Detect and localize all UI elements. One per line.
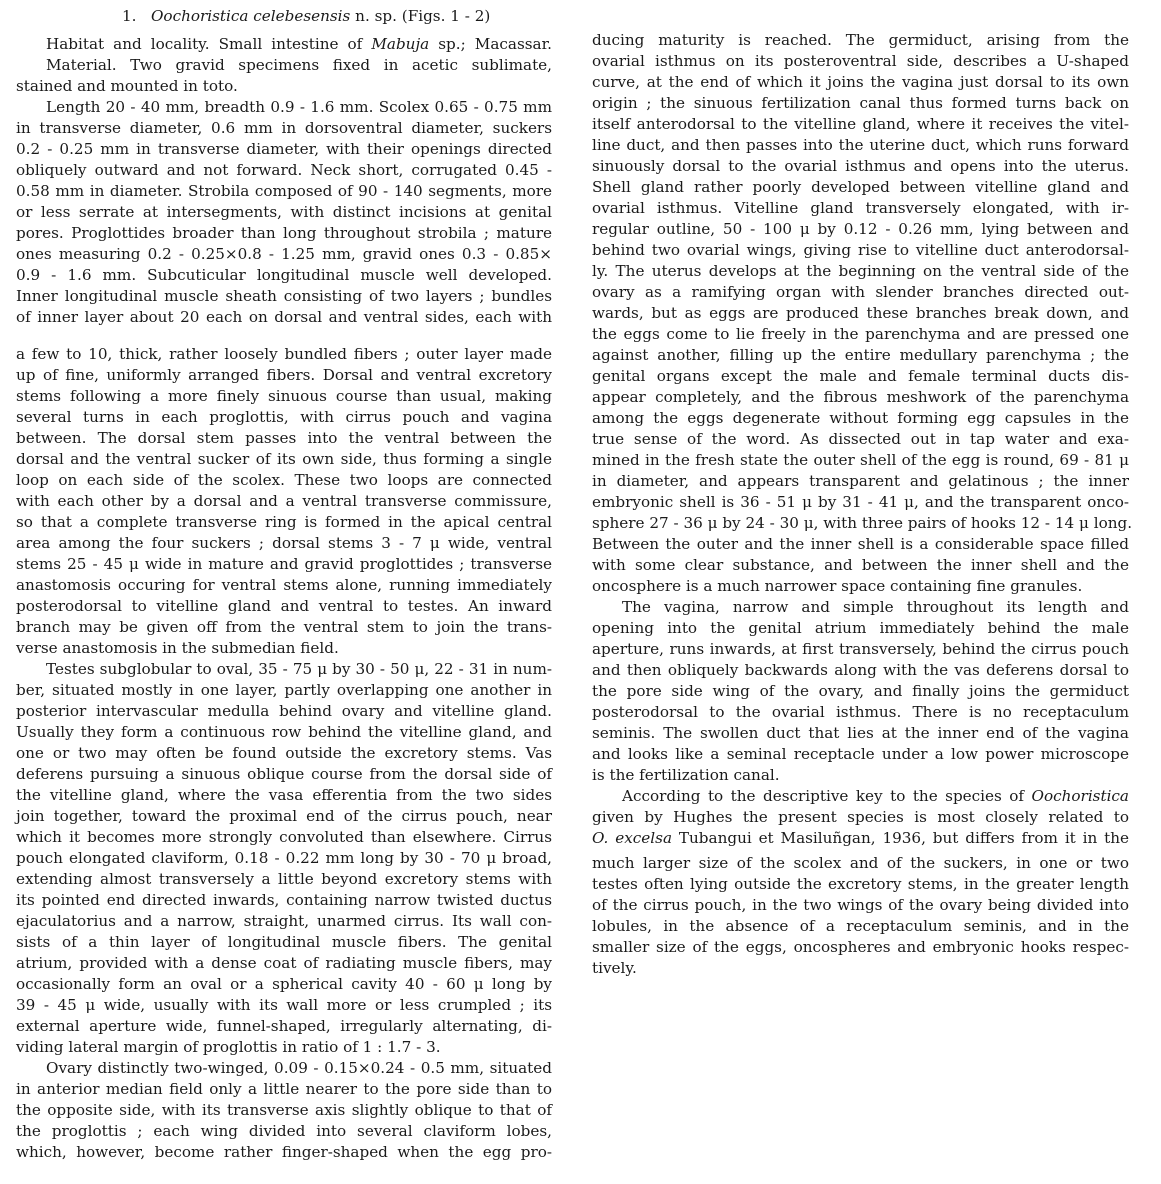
text-line: ducing maturity is reached. The germiduc… [592, 30, 1129, 51]
text-line: seminis. The swollen duct that lies at t… [592, 723, 1129, 744]
text-line: tively. [592, 958, 1129, 979]
text-line: Between the outer and the inner shell is… [592, 534, 1129, 555]
text-line: branch may be given off from the ventral… [16, 617, 552, 638]
text-line: dorsal and the ventral sucker of its own… [16, 449, 552, 470]
text-line: viding lateral margin of proglottis in r… [16, 1037, 552, 1058]
text-line: ones measuring 0.2 - 0.25×0.8 - 1.25 mm,… [16, 244, 552, 265]
text-line: in diameter, and appears transparent and… [592, 471, 1129, 492]
text-line: is the fertilization canal. [592, 765, 1129, 786]
text-line: opening into the genital atrium immediat… [592, 618, 1129, 639]
text-line: According to the descriptive key to the … [592, 786, 1129, 807]
text-line: extending almost transversely a little b… [16, 869, 552, 890]
text-line: much larger size of the scolex and of th… [592, 853, 1129, 874]
text-line: aperture, runs inwards, at first transve… [592, 639, 1129, 660]
text-line: sinuously dorsal to the ovarial isthmus … [592, 156, 1129, 177]
text-line: the vitelline gland, where the vasa effe… [16, 785, 552, 806]
text-line: curve, at the end of which it joins the … [592, 72, 1129, 93]
text-line: one or two may often be found outside th… [16, 743, 552, 764]
text-line: Ovary distinctly two-winged, 0.09 - 0.15… [16, 1058, 552, 1079]
text-line: the eggs come to lie freely in the paren… [592, 324, 1129, 345]
text-line: external aperture wide, funnel-shaped, i… [16, 1016, 552, 1037]
text-line: ber, situated mostly in one layer, partl… [16, 680, 552, 701]
text-line: lobules, in the absence of a receptaculu… [592, 916, 1129, 937]
text-line: of the cirrus pouch, in the two wings of… [592, 895, 1129, 916]
text-line: join together, toward the proximal end o… [16, 806, 552, 827]
text-line: itself anterodorsal to the vitelline gla… [592, 114, 1129, 135]
text-line: up of fine, uniformly arranged fibers. D… [16, 365, 552, 386]
text-line: Testes subglobular to oval, 35 - 75 μ by… [16, 659, 552, 680]
text-line: anastomosis occuring for ventral stems a… [16, 575, 552, 596]
text-line: 0.9 - 1.6 mm. Subcuticular longitudinal … [16, 265, 552, 286]
text-line: sphere 27 - 36 μ by 24 - 30 μ, with thre… [592, 513, 1129, 534]
text-line: occasionally form an oval or a spherical… [16, 974, 552, 995]
text-line: ovarial isthmus on its posteroventral si… [592, 51, 1129, 72]
text-line: Length 20 - 40 mm, breadth 0.9 - 1.6 mm.… [16, 97, 552, 118]
text-line: embryonic shell is 36 - 51 μ by 31 - 41 … [592, 492, 1129, 513]
text-line: verse anastomosis in the submedian field… [16, 638, 552, 659]
text-line: with some clear substance, and between t… [592, 555, 1129, 576]
text-line: among the eggs degenerate without formin… [592, 408, 1129, 429]
text-line: the proglottis ; each wing divided into … [16, 1121, 552, 1142]
text-line: The vagina, narrow and simple throughout… [592, 597, 1129, 618]
text-line: given by Hughes the present species is m… [592, 807, 1129, 828]
text-line: a few to 10, thick, rather loosely bundl… [16, 344, 552, 365]
text-line: Inner longitudinal muscle sheath consist… [16, 286, 552, 307]
text-line: 0.58 mm in diameter. Strobila composed o… [16, 181, 552, 202]
text-line: which, however, become rather finger-sha… [16, 1142, 552, 1163]
text-line: stems 25 - 45 μ wide in mature and gravi… [16, 554, 552, 575]
section-title: 1. Oochoristica celebesensis n. sp. (Fig… [16, 6, 552, 27]
text-line: posterior intervascular medulla behind o… [16, 701, 552, 722]
text-line: in anterior median field only a little n… [16, 1079, 552, 1100]
section-number: 1. [122, 7, 137, 25]
text-line: atrium, provided with a dense coat of ra… [16, 953, 552, 974]
text-line: stained and mounted in toto. [16, 76, 552, 97]
text-line: ejaculatorius and a narrow, straight, un… [16, 911, 552, 932]
text-line: Shell gland rather poorly developed betw… [592, 177, 1129, 198]
text-line: and then obliquely backwards along with … [592, 660, 1129, 681]
species-name: Oochoristica celebesensis [151, 7, 350, 25]
text-line: the pore side wing of the ovary, and fin… [592, 681, 1129, 702]
text-line: of inner layer about 20 each on dorsal a… [16, 307, 552, 328]
text-line: its pointed end directed inwards, contai… [16, 890, 552, 911]
text-line: 0.2 - 0.25 mm in transverse diameter, wi… [16, 139, 552, 160]
text-line: ly. The uterus develops at the beginning… [592, 261, 1129, 282]
text-line: so that a complete transverse ring is fo… [16, 512, 552, 533]
text-line: sists of a thin layer of longitudinal mu… [16, 932, 552, 953]
text-line: origin ; the sinuous fertilization canal… [592, 93, 1129, 114]
text-line: 39 - 45 μ wide, usually with its wall mo… [16, 995, 552, 1016]
text-line: deferens pursuing a sinuous oblique cour… [16, 764, 552, 785]
text-line: Habitat and locality. Small intestine of… [16, 34, 552, 55]
text-line: posterodorsal to vitelline gland and ven… [16, 596, 552, 617]
text-line: appear completely, and the fibrous meshw… [592, 387, 1129, 408]
text-line: stems following a more finely sinuous co… [16, 386, 552, 407]
text-line: true sense of the word. As dissected out… [592, 429, 1129, 450]
text-line: oncosphere is a much narrower space cont… [592, 576, 1129, 597]
title-suffix: n. sp. (Figs. 1 - 2) [355, 7, 490, 25]
text-line: and looks like a seminal receptacle unde… [592, 744, 1129, 765]
text-line: posterodorsal to the ovarial isthmus. Th… [592, 702, 1129, 723]
text-line: loop on each side of the scolex. These t… [16, 470, 552, 491]
text-line: Usually they form a continuous row behin… [16, 722, 552, 743]
text-line: genital organs except the male and femal… [592, 366, 1129, 387]
text-line: O. excelsa Tubangui et Masiluñgan, 1936,… [592, 828, 1129, 849]
text-line: with each other by a dorsal and a ventra… [16, 491, 552, 512]
text-line: pores. Proglottides broader than long th… [16, 223, 552, 244]
text-line: or less serrate at intersegments, with d… [16, 202, 552, 223]
text-line: between. The dorsal stem passes into the… [16, 428, 552, 449]
text-line: wards, but as eggs are produced these br… [592, 303, 1129, 324]
text-line: against another, filling up the entire m… [592, 345, 1129, 366]
text-line: smaller size of the eggs, oncospheres an… [592, 937, 1129, 958]
text-line: mined in the fresh state the outer shell… [592, 450, 1129, 471]
text-line: line duct, and then passes into the uter… [592, 135, 1129, 156]
text-line: pouch elongated claviform, 0.18 - 0.22 m… [16, 848, 552, 869]
text-line: several turns in each proglottis, with c… [16, 407, 552, 428]
text-line: in transverse diameter, 0.6 mm in dorsov… [16, 118, 552, 139]
text-line: the opposite side, with its transverse a… [16, 1100, 552, 1121]
text-line: testes often lying outside the excretory… [592, 874, 1129, 895]
text-line: Material. Two gravid specimens fixed in … [16, 55, 552, 76]
text-line: which it becomes more strongly convolute… [16, 827, 552, 848]
text-line: obliquely outward and not forward. Neck … [16, 160, 552, 181]
text-line: behind two ovarial wings, giving rise to… [592, 240, 1129, 261]
text-line: regular outline, 50 - 100 μ by 0.12 - 0.… [592, 219, 1129, 240]
text-line: ovarial isthmus. Vitelline gland transve… [592, 198, 1129, 219]
text-line: area among the four suckers ; dorsal ste… [16, 533, 552, 554]
text-line: ovary as a ramifying organ with slender … [592, 282, 1129, 303]
